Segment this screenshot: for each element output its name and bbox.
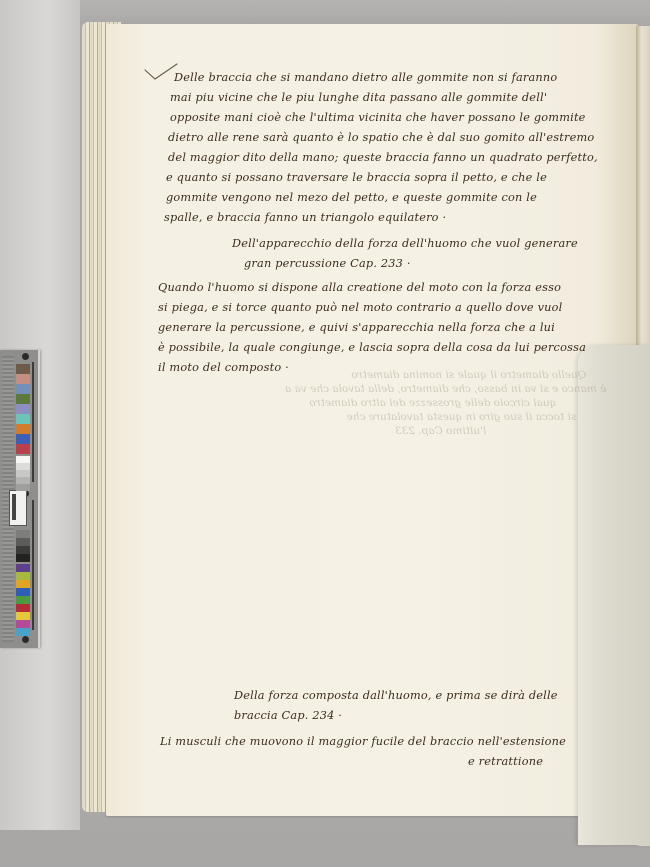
- chapter-heading-233: Dell'apparecchio della forza dell'huomo …: [232, 234, 578, 274]
- color-swatch: [16, 596, 30, 604]
- chapter-heading-234: Della forza composta dall'huomo, e prima…: [234, 686, 558, 726]
- heading-line: gran percussione Cap. 233 ·: [244, 254, 578, 274]
- color-swatch: [16, 394, 30, 404]
- text-line: generare la percussione, e quivi s'appar…: [158, 318, 586, 338]
- target-rail-lower: [32, 500, 34, 630]
- color-swatch: [16, 470, 30, 477]
- text-line: e retrattione: [468, 752, 566, 772]
- text-line: Li musculi che muovono il maggior fucile…: [160, 732, 566, 752]
- target-ruler: [9, 490, 27, 526]
- color-swatch: [16, 374, 30, 384]
- color-calibration-target: [0, 350, 40, 648]
- color-swatch: [16, 384, 30, 394]
- text-line: opposite mani cioè che l'ultima vicinita…: [170, 108, 598, 128]
- color-swatch: [16, 463, 30, 470]
- text-line: è possibile, la quale congiunge, e lasci…: [158, 338, 586, 358]
- color-swatch: [16, 364, 30, 374]
- paragraph-muscles: Li musculi che muovono il maggior fucile…: [160, 732, 566, 772]
- text-line: si piega, e si torce quanto può nel moto…: [158, 298, 586, 318]
- heading-line: Della forza composta dall'huomo, e prima…: [234, 686, 558, 706]
- bleed-line: è manco e si va in basso, che diametro, …: [285, 382, 606, 396]
- bleed-through-text: Quello diametro il quale si nomina diame…: [285, 368, 646, 438]
- color-swatch: [16, 538, 30, 546]
- paragraph-percussion: Quando l'huomo si dispone alla creatione…: [158, 278, 586, 378]
- color-swatch: [16, 414, 30, 424]
- color-swatch: [16, 554, 30, 562]
- target-hole-bottom: [22, 636, 29, 643]
- color-swatch: [16, 546, 30, 554]
- color-swatch: [16, 612, 30, 620]
- color-swatch: [16, 564, 30, 572]
- color-swatch: [16, 424, 30, 434]
- color-swatch: [16, 434, 30, 444]
- paragraph-arm-proportions: Delle braccia che si mandano dietro alle…: [174, 68, 598, 228]
- heading-line: Dell'apparecchio della forza dell'huomo …: [232, 234, 578, 254]
- target-rail-upper: [32, 362, 34, 482]
- color-swatch: [16, 628, 30, 636]
- text-line: Quando l'huomo si dispone alla creatione…: [158, 278, 586, 298]
- scanner-background-bottom: [0, 830, 650, 867]
- color-swatch: [16, 572, 30, 580]
- color-swatch: [16, 484, 30, 491]
- target-hole-top: [22, 353, 29, 360]
- text-line: gommite vengono nel mezo del petto, e qu…: [166, 188, 598, 208]
- color-swatch: [16, 580, 30, 588]
- color-swatch: [16, 604, 30, 612]
- color-swatch: [16, 530, 30, 538]
- color-swatch: [16, 444, 30, 454]
- text-line: dietro alle rene sarà quanto è lo spatio…: [168, 128, 598, 148]
- bleed-line: qual circolo delle grossezze del altro d…: [285, 396, 556, 410]
- bleed-line: si tocca il suo giro in questa tavolatur…: [285, 410, 576, 424]
- heading-line: braccia Cap. 234 ·: [234, 706, 558, 726]
- color-swatch: [16, 620, 30, 628]
- text-line: spalle, e braccia fanno un triangolo equ…: [164, 208, 598, 228]
- text-line: mai piu vicine che le piu lunghe dita pa…: [170, 88, 598, 108]
- text-line: del maggior dito della mano; queste brac…: [168, 148, 598, 168]
- text-line: Delle braccia che si mandano dietro alle…: [174, 68, 598, 88]
- bleed-line: l'ultimo Cap. 233: [285, 424, 486, 438]
- color-swatch: [16, 477, 30, 484]
- color-swatch: [16, 456, 30, 463]
- text-line: e quanto si possano traversare le bracci…: [166, 168, 598, 188]
- color-swatch: [16, 404, 30, 414]
- text-line: il moto del composto ·: [158, 358, 586, 378]
- color-swatch: [16, 588, 30, 596]
